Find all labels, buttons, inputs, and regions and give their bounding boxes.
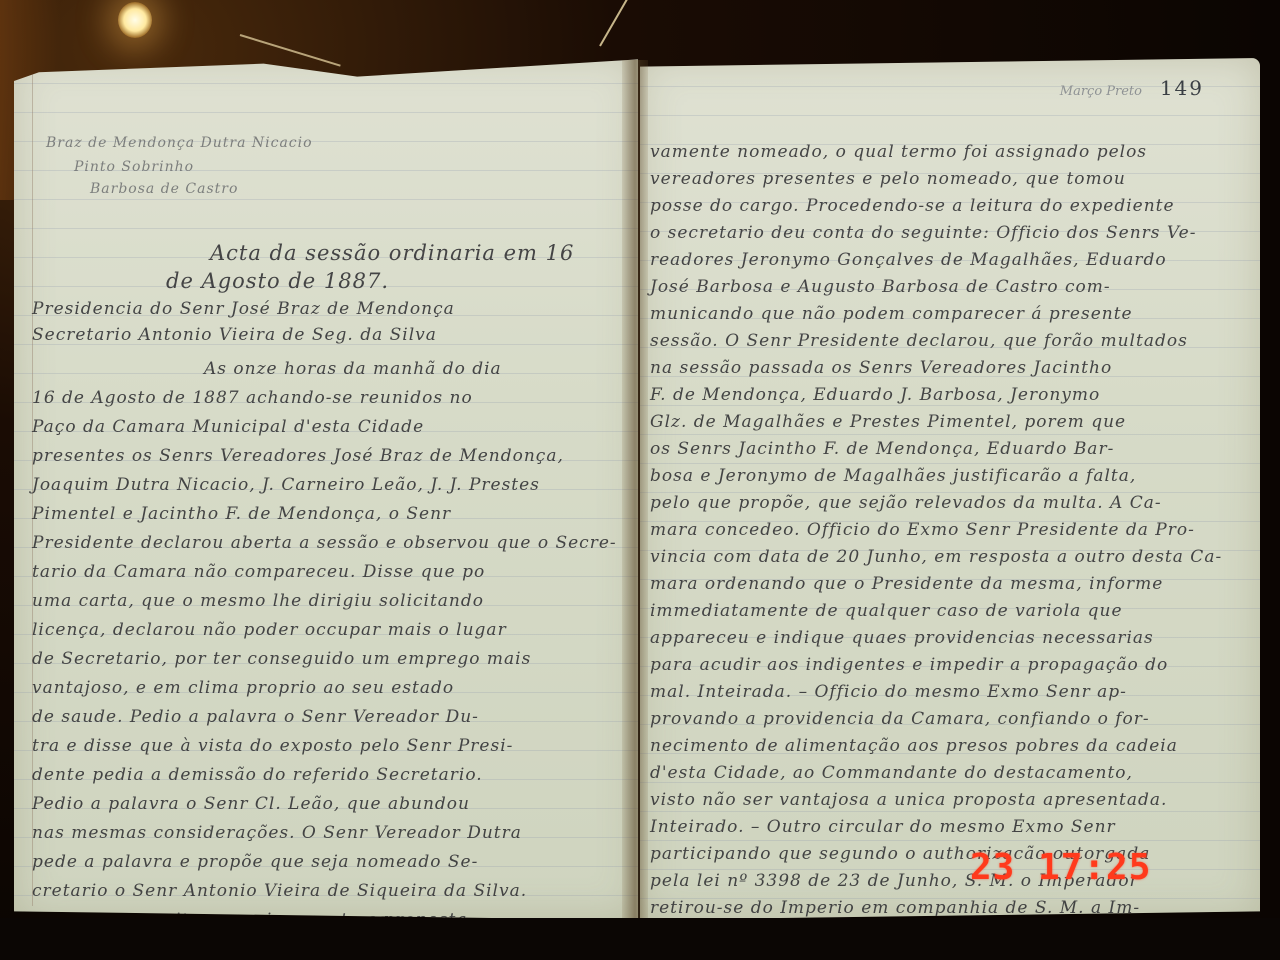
straw-fiber — [240, 34, 341, 67]
body-line: pede a palavra e propõe que seja nomeado… — [32, 852, 478, 872]
body-line: retirou-se do Imperio em companhia de S.… — [650, 898, 1140, 918]
body-line: provando a providencia da Camara, confia… — [650, 709, 1150, 729]
body-line: o secretario deu conta do seguinte: Offi… — [650, 223, 1196, 243]
camera-date-stamp: 23 17:25 — [970, 847, 1151, 888]
page-edges — [1260, 68, 1278, 896]
body-line: cretario o Senr Antonio Vieira de Siquei… — [32, 881, 527, 901]
body-line: Pedio a palavra o Senr Cl. Leão, que abu… — [32, 794, 470, 814]
body-line: vincia com data de 20 Junho, em resposta… — [650, 547, 1222, 567]
table-shadow — [0, 918, 1280, 960]
body-line: Presidente declarou aberta a sessão e ob… — [32, 533, 617, 553]
body-line: As onze horas da manhã do dia — [204, 359, 502, 379]
body-line: F. de Mendonça, Eduardo J. Barbosa, Jero… — [650, 385, 1100, 405]
body-line: mara concedeo. Officio do Exmo Senr Pres… — [650, 520, 1195, 540]
book-gutter — [622, 60, 648, 920]
body-line: Paço da Camara Municipal d'esta Cidade — [32, 417, 424, 437]
header-line: Braz de Mendonça Dutra Nicacio — [46, 135, 313, 151]
secretary-line: Secretario Antonio Vieira de Seg. da Sil… — [32, 325, 437, 345]
body-line: de Secretario, por ter conseguido um emp… — [32, 649, 531, 669]
body-line: readores Jeronymo Gonçalves de Magalhães… — [650, 250, 1167, 270]
presidency-line: Presidencia do Senr José Braz de Mendonç… — [32, 299, 455, 319]
body-line: licença, declarou não poder occupar mais… — [32, 620, 507, 640]
body-line: tra e disse que à vista do exposto pelo … — [32, 736, 513, 756]
body-line: municando que não podem comparecer á pre… — [650, 304, 1133, 324]
lamp-light — [118, 2, 152, 38]
body-line: Joaquim Dutra Nicacio, J. Carneiro Leão,… — [32, 475, 540, 495]
body-line: José Barbosa e Augusto Barbosa de Castro… — [650, 277, 1111, 297]
minutes-heading: Acta da sessão ordinaria em 16 — [210, 241, 574, 265]
page-number: 149 — [1160, 76, 1204, 100]
body-line: Glz. de Magalhães e Prestes Pimentel, po… — [650, 412, 1126, 432]
body-line: presentes os Senrs Vereadores José Braz … — [32, 446, 564, 466]
body-line: posse do cargo. Procedendo-se a leitura … — [650, 196, 1175, 216]
minutes-heading: de Agosto de 1887. — [166, 269, 389, 293]
body-line: os Senrs Jacintho F. de Mendonça, Eduard… — [650, 439, 1114, 459]
body-line: vamente nomeado, o qual termo foi assign… — [650, 142, 1147, 162]
body-line: necimento de alimentação aos presos pobr… — [650, 736, 1178, 756]
body-line: mal. Inteirada. – Officio do mesmo Exmo … — [650, 682, 1127, 702]
marginalia: Março Preto — [1060, 84, 1142, 99]
header-line: Barbosa de Castro — [90, 181, 238, 197]
body-line: bosa e Jeronymo de Magalhães justificarã… — [650, 466, 1136, 486]
body-line: mara ordenando que o Presidente da mesma… — [650, 574, 1163, 594]
body-line: uma carta, que o mesmo lhe dirigiu solic… — [32, 591, 484, 611]
body-line: sessão. O Senr Presidente declarou, que … — [650, 331, 1188, 351]
body-line: appareceu e indique quaes providencias n… — [650, 628, 1154, 648]
body-line: nas mesmas considerações. O Senr Vereado… — [32, 823, 522, 843]
body-line: pelo que propõe, que sejão relevados da … — [650, 493, 1162, 513]
straw-fiber — [599, 0, 631, 47]
body-line: de saude. Pedio a palavra o Senr Vereado… — [32, 707, 479, 727]
header-line: Pinto Sobrinho — [74, 159, 194, 175]
body-line: vereadores presentes e pelo nomeado, que… — [650, 169, 1126, 189]
body-line: dente pedia a demissão do referido Secre… — [32, 765, 483, 785]
body-line: vantajoso, e em clima proprio ao seu est… — [32, 678, 454, 698]
left-page: Braz de Mendonça Dutra Nicacio Pinto Sob… — [14, 55, 638, 920]
body-line: na sessão passada os Senrs Vereadores Ja… — [650, 358, 1112, 378]
body-line: Inteirado. – Outro circular do mesmo Exm… — [650, 817, 1116, 837]
body-line: Pimentel e Jacintho F. de Mendonça, o Se… — [32, 504, 451, 524]
body-line: 16 de Agosto de 1887 achando-se reunidos… — [32, 388, 473, 408]
body-line: para acudir aos indigentes e impedir a p… — [650, 655, 1168, 675]
body-line: visto não ser vantajosa a unica proposta… — [650, 790, 1167, 810]
body-line: immediatamente de qualquer caso de vario… — [650, 601, 1123, 621]
body-line: tario da Camara não compareceu. Disse qu… — [32, 562, 485, 582]
body-line: d'esta Cidade, ao Commandante do destaca… — [650, 763, 1133, 783]
right-page: Março Preto 149 vamente nomeado, o qual … — [640, 58, 1260, 920]
